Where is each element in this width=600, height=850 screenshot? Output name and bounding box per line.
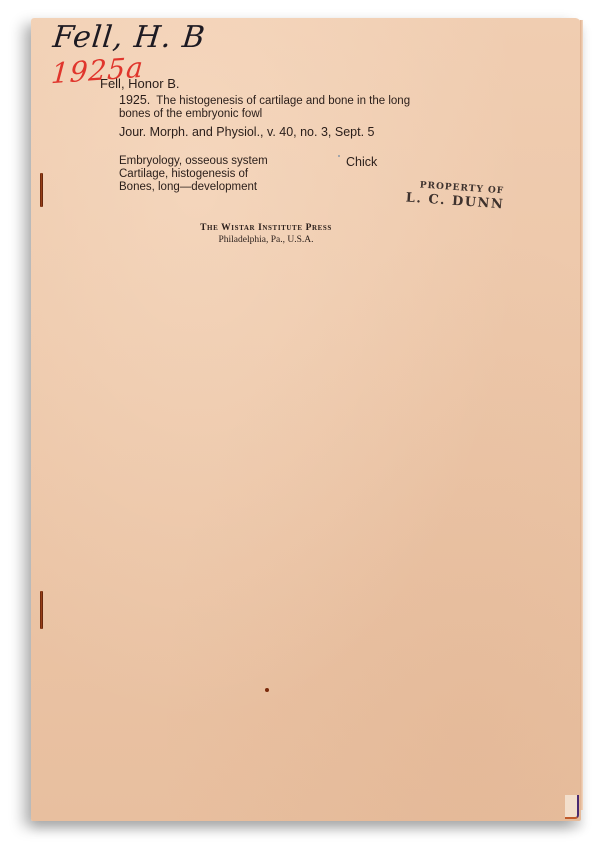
paper-right-edge: [580, 20, 583, 810]
document-cover: Fell, H. B 1925a Fell, Honor B. 1925.The…: [31, 18, 581, 821]
subject-headings: Embryology, osseous system Cartilage, hi…: [119, 155, 268, 194]
subject-heading: Bones, long—development: [119, 181, 268, 194]
organism-label: Chick: [346, 155, 377, 169]
article-title: 1925.The histogenesis of cartilage and b…: [119, 94, 419, 121]
publisher-location: Philadelphia, Pa., U.S.A.: [171, 234, 361, 246]
title-line-2: bones of the embryonic fowl: [119, 108, 262, 120]
publisher-name: The Wistar Institute Press: [171, 223, 361, 234]
dog-eared-corner: [565, 795, 579, 819]
handwritten-name: Fell, H. B: [51, 20, 207, 55]
ink-speck: [338, 155, 340, 157]
photo-stage: Fell, H. B 1925a Fell, Honor B. 1925.The…: [0, 0, 600, 850]
staple-bottom: [40, 591, 43, 629]
subject-heading: Cartilage, histogenesis of: [119, 168, 268, 181]
publication-year: 1925.: [119, 93, 150, 107]
title-line-1: The histogenesis of cartilage and bone i…: [156, 95, 410, 107]
author-name: Fell, Honor B.: [100, 76, 179, 91]
ownership-stamp: PROPERTY OF L. C. DUNN: [405, 180, 505, 213]
subject-heading: Embryology, osseous system: [119, 155, 268, 168]
staple-top: [40, 173, 43, 207]
paper-spot: [265, 688, 269, 692]
publisher-imprint: The Wistar Institute Press Philadelphia,…: [171, 223, 361, 246]
journal-reference: Jour. Morph. and Physiol., v. 40, no. 3,…: [119, 125, 374, 139]
